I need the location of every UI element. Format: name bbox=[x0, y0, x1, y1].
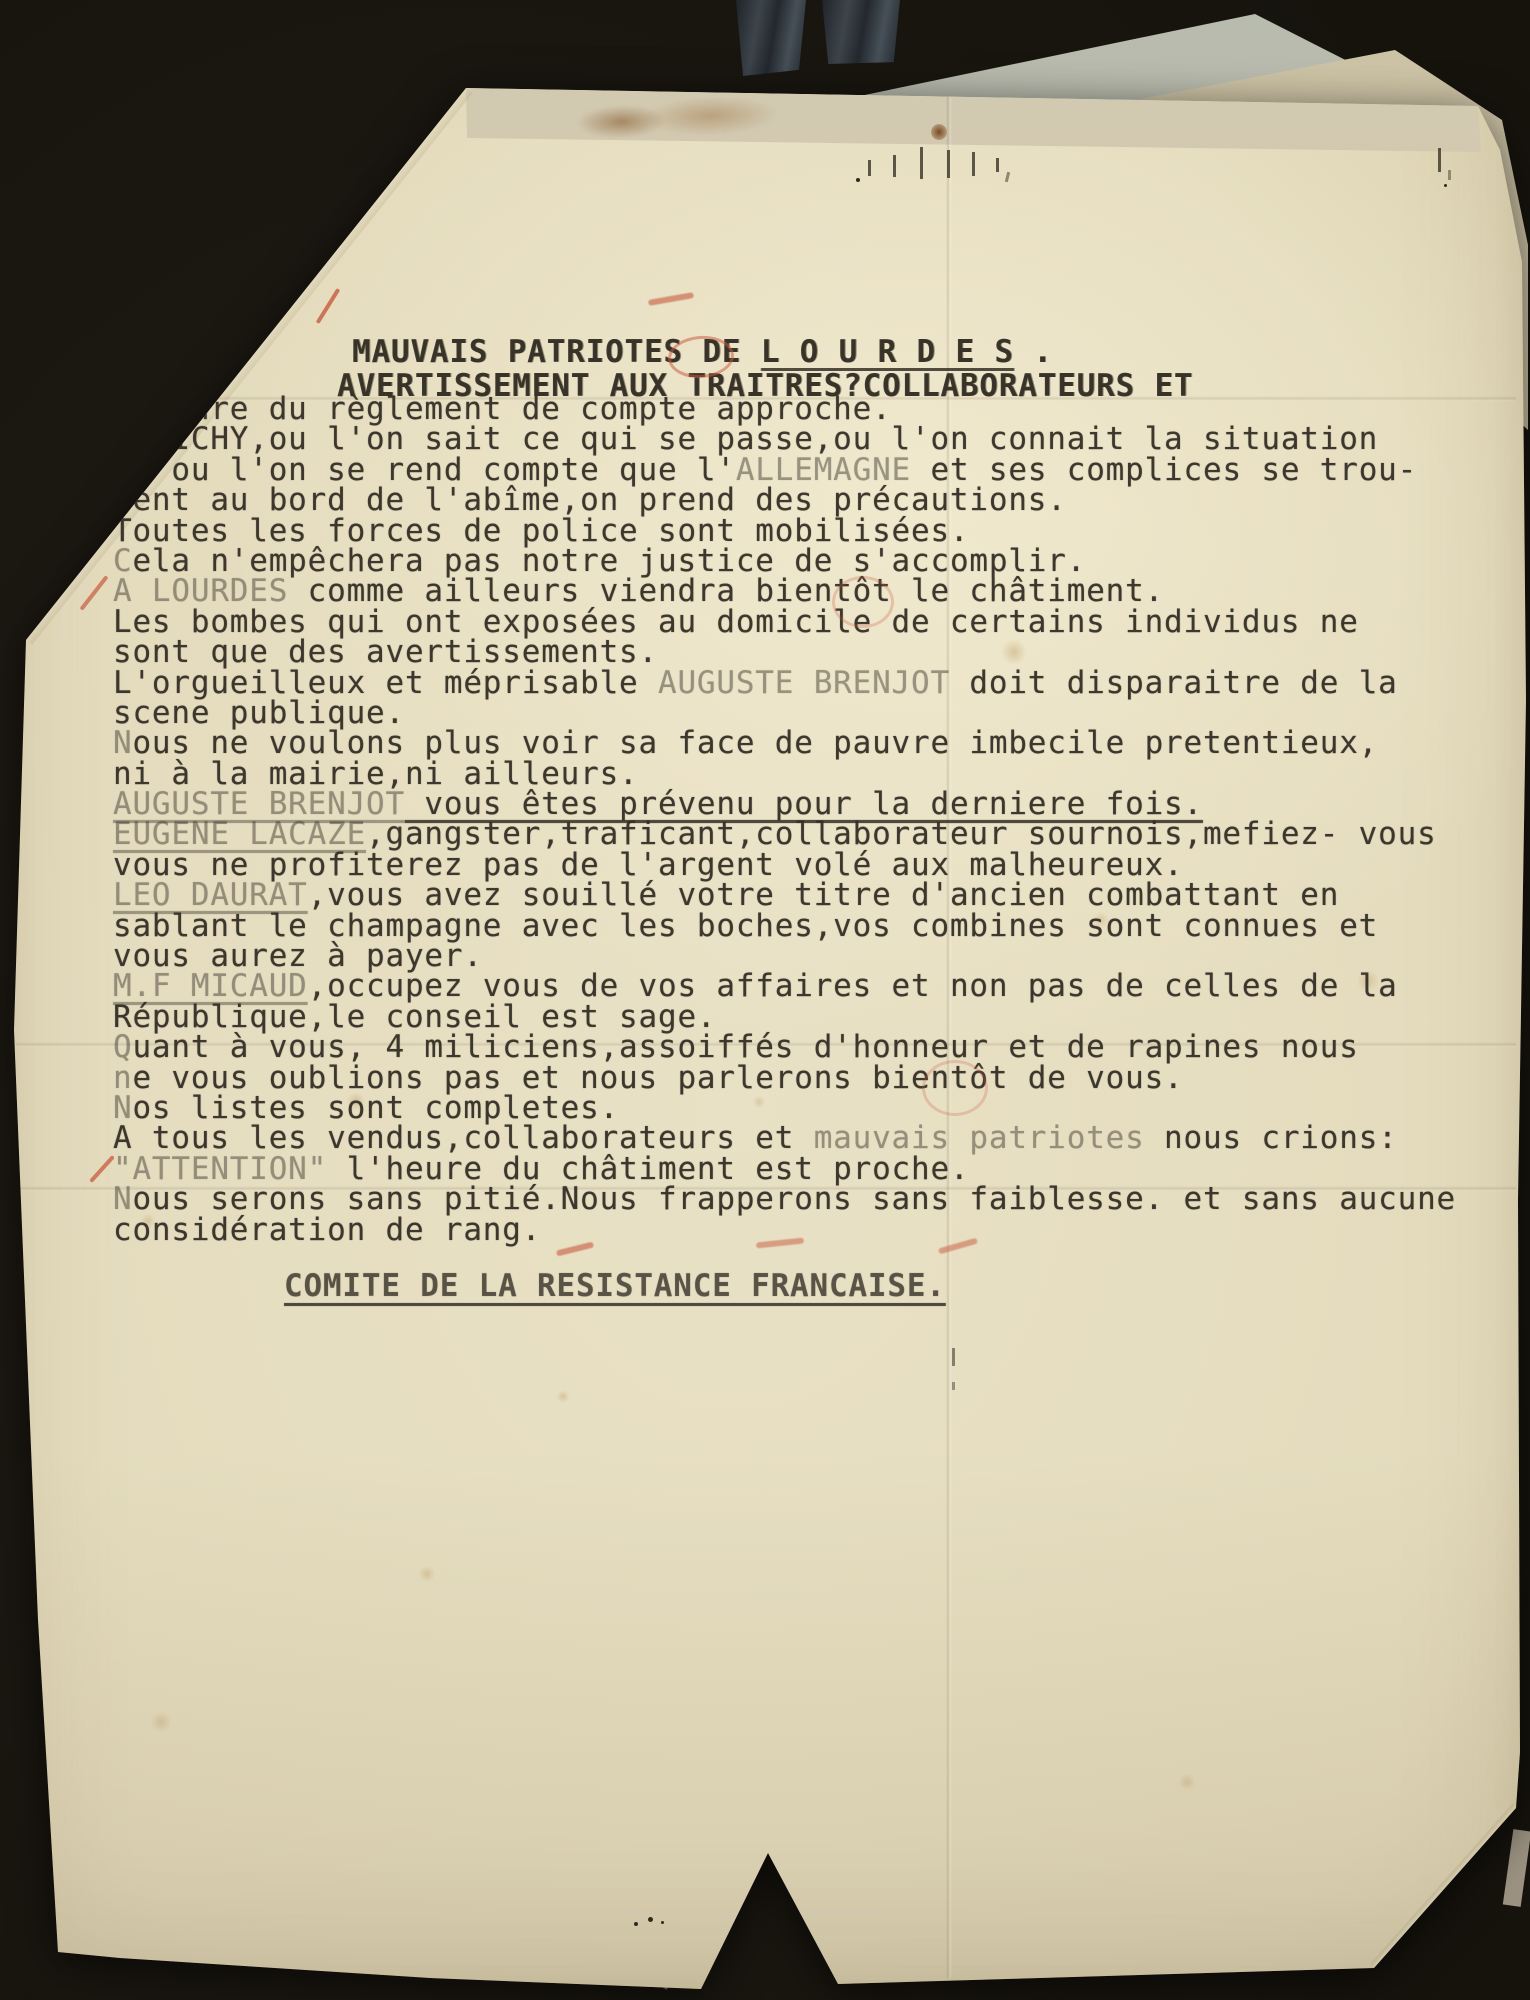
body-line: République,le conseil est sage. bbox=[113, 1002, 1456, 1032]
body-text-segment: considération de rang. bbox=[113, 1212, 541, 1248]
signature-line: COMITE DE LA RESISTANCE FRANCAISE. bbox=[284, 1268, 946, 1304]
stain bbox=[556, 1390, 570, 1403]
body-text-segment: M.F MICAUD bbox=[113, 968, 308, 1004]
archival-photo-of-document: AVERTISSEMENT AUX TRAITRES?COLLABORATEUR… bbox=[0, 0, 1530, 2000]
body-line: ne vous oublions pas et nous parlerons b… bbox=[113, 1063, 1456, 1093]
body-text-segment: N bbox=[113, 1090, 132, 1126]
body-line: M.F MICAUD,occupez vous de vos affaires … bbox=[113, 971, 1456, 1001]
tick-mark bbox=[972, 152, 975, 176]
body-line: Les bombes qui ont exposées au domicile … bbox=[113, 607, 1456, 637]
body-line: L'orgueilleux et méprisable AUGUSTE BREN… bbox=[113, 668, 1456, 698]
tick-mark bbox=[996, 158, 999, 172]
body-text-segment: A LOURDES bbox=[113, 573, 288, 609]
body-line: vent au bord de l'abîme,on prend des pré… bbox=[113, 485, 1456, 515]
tick-mark bbox=[947, 150, 950, 178]
body-line: Toutes les forces de police sont mobilis… bbox=[113, 516, 1456, 546]
stain bbox=[418, 1566, 436, 1582]
bottom-speck bbox=[661, 1921, 664, 1924]
body-text-segment: LEO DAURAT bbox=[113, 877, 308, 913]
red-circle-chatiment-line bbox=[832, 576, 894, 628]
body-text-segment: A bbox=[113, 421, 132, 457]
tick-mark bbox=[952, 1348, 955, 1366]
body-text-segment: EUGENE LACAZE bbox=[113, 816, 366, 852]
body-text-segment: AUGUSTE BRENJOT bbox=[658, 665, 950, 701]
body-text-segment: ALLEMAGNE bbox=[736, 452, 911, 488]
bottom-speck bbox=[634, 1922, 638, 1926]
title-place-name: L O U R D E S bbox=[761, 334, 1014, 370]
tick-mark bbox=[1438, 148, 1441, 172]
body-line: scene publique. bbox=[113, 698, 1456, 728]
document-sheet: AVERTISSEMENT AUX TRAITRES?COLLABORATEUR… bbox=[0, 0, 1530, 2000]
tick-mark bbox=[893, 155, 896, 177]
tick-mark bbox=[1448, 170, 1451, 180]
body-text-segment: N bbox=[113, 1181, 132, 1217]
red-circle-bientot bbox=[922, 1060, 988, 1116]
body-line: vous ne profiterez pas de l'argent volé … bbox=[113, 850, 1456, 880]
body-line: sablant le champagne avec les boches,vos… bbox=[113, 911, 1456, 941]
body-line: L'heure du règlement de compte approche. bbox=[113, 394, 1456, 424]
bottom-speck bbox=[648, 1917, 653, 1922]
body-line: A VICHY,ou l'on sait ce qui se passe,ou … bbox=[113, 424, 1456, 454]
body-line: Cela n'empêchera pas notre justice de s'… bbox=[113, 546, 1456, 576]
paper-bottom-shading bbox=[0, 1450, 1530, 2000]
body-line: sont que des avertissements. bbox=[113, 637, 1456, 667]
tape-brown-stain bbox=[544, 88, 801, 153]
red-slash-left-of-vichy bbox=[84, 428, 112, 462]
tick-mark bbox=[868, 160, 871, 176]
ink-blot bbox=[931, 124, 947, 140]
tick-mark bbox=[920, 147, 923, 179]
body-line: A LOURDES comme ailleurs viendra bientôt… bbox=[113, 576, 1456, 606]
title-period: . bbox=[1014, 334, 1053, 370]
body-line: Nos listes sont completes. bbox=[113, 1093, 1456, 1123]
stain bbox=[150, 1712, 172, 1732]
body-text-segment: N bbox=[113, 725, 132, 761]
body-line: et ou l'on se rend compte que l'ALLEMAGN… bbox=[113, 455, 1456, 485]
tick-dot bbox=[1444, 184, 1447, 187]
body-line: ni à la mairie,ni ailleurs. bbox=[113, 759, 1456, 789]
body-line: LEO DAURAT,vous avez souillé votre titre… bbox=[113, 880, 1456, 910]
body-line: "ATTENTION" l'heure du châtiment est pro… bbox=[113, 1154, 1456, 1184]
body-line: AUGUSTE BRENJOT vous êtes prévenu pour l… bbox=[113, 789, 1456, 819]
body-text-segment: nous crions: bbox=[1145, 1120, 1398, 1156]
tick-mark bbox=[952, 1382, 955, 1390]
body-line: Quant à vous, 4 miliciens,assoiffés d'ho… bbox=[113, 1032, 1456, 1062]
body-line: A tous les vendus,collaborateurs et mauv… bbox=[113, 1123, 1456, 1153]
body-line: Nous ne voulons plus voir sa face de pau… bbox=[113, 728, 1456, 758]
body-text: L'heure du règlement de compte approche.… bbox=[113, 394, 1456, 1245]
body-text-segment: doit disparaitre de la bbox=[950, 665, 1398, 701]
tick-dot bbox=[856, 178, 860, 182]
body-line: vous aurez à payer. bbox=[113, 941, 1456, 971]
body-line: Nous serons sans pitié.Nous frapperons s… bbox=[113, 1184, 1456, 1214]
body-line: EUGENE LACAZE,gangster,traficant,collabo… bbox=[113, 819, 1456, 849]
body-text-segment: "ATTENTION" bbox=[113, 1151, 327, 1187]
body-text-segment: mauvais patriotes bbox=[814, 1120, 1145, 1156]
stain bbox=[1178, 1774, 1196, 1790]
